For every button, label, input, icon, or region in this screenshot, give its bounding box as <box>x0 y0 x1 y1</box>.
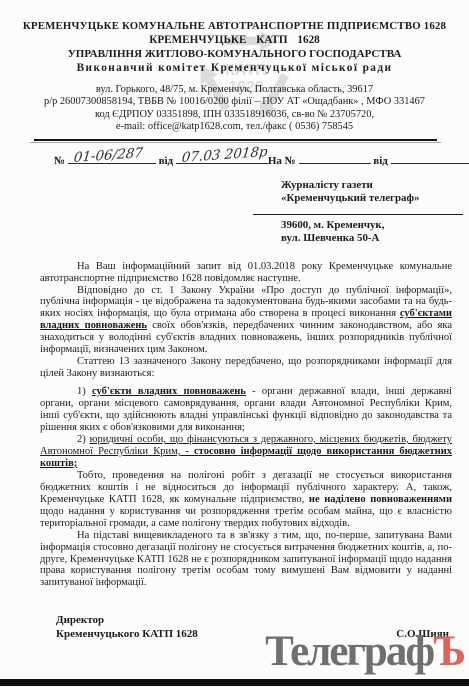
signer-title: Директор Кременчуцького КАТП 1628 <box>56 614 198 641</box>
paragraph-explanation: Тобто, проведення на полігоні робіт з де… <box>40 470 452 530</box>
article13-text: Статтею 13 зазначеного Закону передбачен… <box>40 356 452 379</box>
law-definition-pre: Відповідно до ст. 1 Закону України «Про … <box>40 285 452 320</box>
addressee-postal-code-city: 39600, м. Кременчук, <box>253 219 463 233</box>
org-name-line2: КРЕМЕНЧУЦЬКЕ КАТП 1628 <box>0 33 469 47</box>
paragraph-conclusion: На підставі вищевикладеного та в зв'язку… <box>40 530 452 590</box>
telegraph-watermark: ТелеграфЪ <box>265 630 464 673</box>
explanation-post: щодо надання у користування чи розпорядж… <box>40 506 452 529</box>
number-label: № <box>54 155 65 167</box>
list-item-2: 2) юридичні особи, що фінансуються з дер… <box>40 434 452 470</box>
addressee-title: Журналісту газети <box>253 179 463 193</box>
org-parent-body: Виконавчий комітет Кременчуцької міської… <box>0 61 469 76</box>
paragraph-law-definition: Відповідно до ст. 1 Закону України «Про … <box>40 285 452 357</box>
outgoing-number: № 01-06/287 від 07.03 2018р <box>54 152 268 167</box>
date-label: від <box>159 155 174 167</box>
telegraph-watermark-gray: Телеграф <box>265 628 433 675</box>
item1-emphasis: суб'єкти владних повноважень <box>92 386 246 397</box>
org-department: УПРАВЛІННЯ ЖИТЛОВО-КОМУНАЛЬНОГО ГОСПОДАР… <box>0 47 469 61</box>
item2-number: 2) <box>77 434 90 445</box>
signer-position: Директор <box>56 614 198 628</box>
signer-organization: Кременчуцького КАТП 1628 <box>56 628 198 642</box>
header-divider-thin <box>30 142 441 143</box>
org-address: вул. Горького, 48/75, м. Кременчук, Полт… <box>0 84 469 96</box>
paragraph-intro-text: На Ваш інформаційний запит від 01.03.201… <box>40 261 452 284</box>
reference-row: № 01-06/287 від 07.03 2018р На № від <box>54 152 457 167</box>
scanned-letter-page: КАТП 1628 КРЕМЕНЧУЦЬКЕ КОМУНАЛЬНЕ АВТОТР… <box>0 0 469 687</box>
addressee-block: Журналісту газети «Кременчуцький телегра… <box>253 179 463 246</box>
incoming-number: На № від <box>268 152 469 167</box>
addressee-divider <box>253 214 463 215</box>
incoming-number-blank <box>299 152 371 164</box>
explanation-bold: не наділено повноваженнями <box>309 494 452 505</box>
org-name-line1: КРЕМЕНЧУЦЬКЕ КОМУНАЛЬНЕ АВТОТРАНСПОРТНЕ … <box>0 20 469 33</box>
addressee-street: вул. Шевченка 50-А <box>253 232 463 246</box>
letter-body: На Ваш інформаційний запит від 01.03.201… <box>40 261 452 590</box>
letterhead-contacts: вул. Горького, 48/75, м. Кременчук, Полт… <box>0 84 469 134</box>
addressee-organization: «Кременчуцький телеграф» <box>253 192 463 206</box>
incoming-date-label: від <box>373 155 388 167</box>
item1-number: 1) <box>77 386 92 397</box>
conclusion-text: На підставі вищевикладеного та в зв'язку… <box>40 530 452 589</box>
header-divider-thick <box>34 139 437 141</box>
footer-bar <box>0 679 469 686</box>
org-email-phone: e-mail: office@katp1628.com, тел./факс (… <box>0 121 469 133</box>
paragraph-article13: Статтею 13 зазначеного Закону передбачен… <box>40 356 452 380</box>
handwritten-date: 07.03 2018р <box>181 143 268 165</box>
incoming-date-blank <box>391 152 469 164</box>
date-blank: 07.03 2018р <box>176 152 268 164</box>
paragraph-intro: На Ваш інформаційний запит від 01.03.201… <box>40 261 452 285</box>
number-blank: 01-06/287 <box>68 152 156 164</box>
org-codes: код ЄДРПОУ 03351898, ІПН 033518916036, с… <box>0 109 469 121</box>
list-item-1: 1) суб'єкти владних повноважень - органи… <box>40 386 452 434</box>
org-bank-details: р/р 26007300858194, ТВБВ № 10016/0200 фі… <box>0 96 469 108</box>
telegraph-watermark-red: Ъ <box>433 628 464 675</box>
incoming-number-label: На № <box>268 155 296 167</box>
letterhead: КРЕМЕНЧУЦЬКЕ КОМУНАЛЬНЕ АВТОТРАНСПОРТНЕ … <box>0 0 469 134</box>
handwritten-number: 01-06/287 <box>73 145 144 166</box>
